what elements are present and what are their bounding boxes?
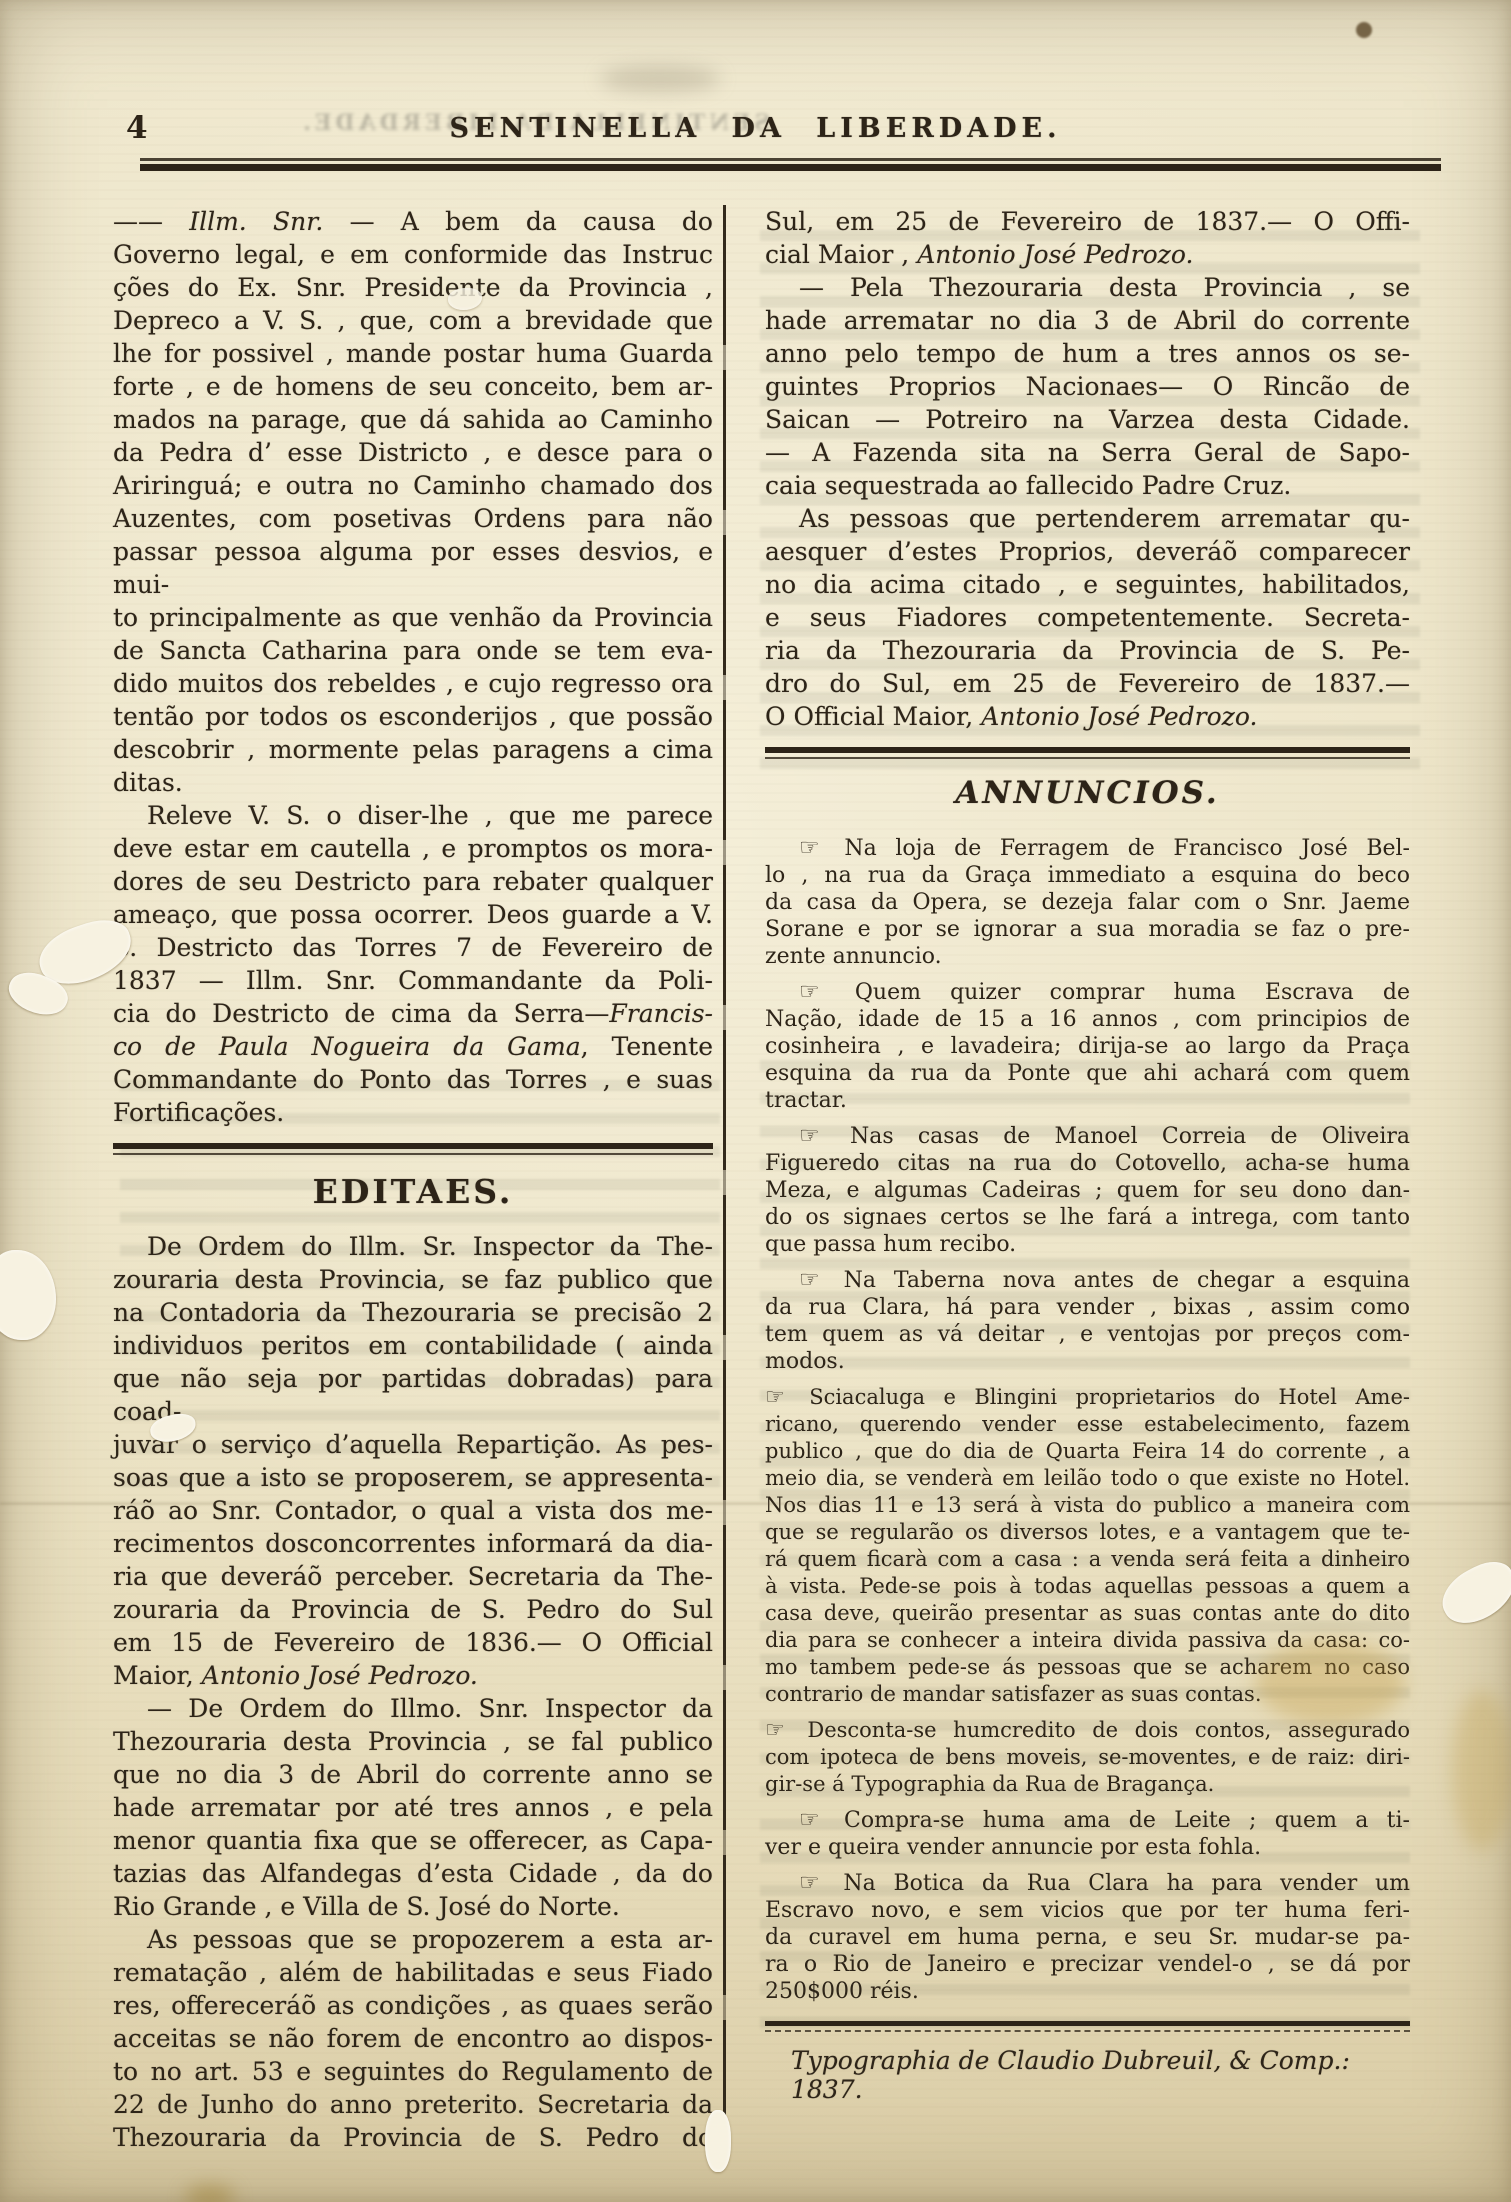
text-line: Nos dias 11 e 13 será à vista do publico… <box>765 1492 1410 1519</box>
text-line: menor quantia fixa que se offerecer, as … <box>113 1824 713 1857</box>
text-line: tazias das Alfandegas d’esta Cidade , da… <box>113 1857 713 1890</box>
paper-stain <box>1356 22 1372 38</box>
text-line: De Ordem do Illm. Sr. Inspector da The- <box>113 1230 713 1263</box>
text-line: Thezouraria da Provincia de S. Pedro do <box>113 2121 713 2154</box>
text-line: ráõ ao Snr. Contador, o qual a vista dos… <box>113 1494 713 1527</box>
text-line: to no art. 53 e seguintes do Regulamento… <box>113 2055 713 2088</box>
footer-rule-thin <box>765 2030 1410 2032</box>
text-line: ditas. <box>113 766 713 799</box>
masthead-title: SENTINELLA DA LIBERDADE. <box>0 113 1511 144</box>
text-line: Governo legal, e em conformide das Instr… <box>113 238 713 271</box>
edital-paragraph: — Pela Thezouraria desta Provincia , seh… <box>765 271 1410 502</box>
editaes-section-rule <box>113 1143 713 1155</box>
text-line: que se regularão os diversos lotes, e a … <box>765 1519 1410 1546</box>
paper-damage-spot <box>705 2110 731 2172</box>
text-line: S. Destricto das Torres 7 de Fevereiro d… <box>113 931 713 964</box>
manicule-icon: ☞ <box>799 979 826 1005</box>
text-line: Sul, em 25 de Fevereiro de 1837.— O Offi… <box>765 205 1410 238</box>
section-rule-thin <box>765 757 1410 759</box>
text-line: lhe for possivel , mande postar huma Gua… <box>113 337 713 370</box>
editaes-section: De Ordem do Illm. Sr. Inspector da The-z… <box>113 1230 713 2154</box>
text-line: Auzentes, com posetivas Ordens para não <box>113 502 713 535</box>
text-line: ra o Rio de Janeiro e precizar vendel-o … <box>765 1951 1410 1978</box>
text-line: caia sequestrada ao fallecido Padre Cruz… <box>765 469 1410 502</box>
text-line: gir-se á Typographia da Rua de Bragança. <box>765 1771 1410 1798</box>
announcement: ☞ Desconta-se humcredito de dois contos,… <box>765 1717 1410 1798</box>
manicule-icon: ☞ <box>765 1718 791 1743</box>
text-line: Meza, e algumas Cadeiras ; quem for seu … <box>765 1177 1410 1204</box>
printer-imprint: Typographia de Claudio Dubreuil, & Comp.… <box>765 2046 1410 2104</box>
text-line: 22 de Junho do anno preterito. Secretari… <box>113 2088 713 2121</box>
text-line: cia do Destricto de cima da Serra—Franci… <box>113 997 713 1030</box>
column-divider <box>723 205 726 2154</box>
text-line: dores de seu Destricto para rebater qual… <box>113 865 713 898</box>
paper-stain <box>1255 1640 1405 1725</box>
left-column: —— Illm. Snr. — A bem da causa doGoverno… <box>113 205 713 2154</box>
text-line: aesquer d’estes Proprios, deveráõ compar… <box>765 535 1410 568</box>
text-line: ☞ Quem quizer comprar huma Escrava de <box>765 979 1410 1006</box>
announcement: ☞ Na Taberna nova antes de chegar a esqu… <box>765 1267 1410 1375</box>
columns: —— Illm. Snr. — A bem da causa doGoverno… <box>0 205 1511 2154</box>
editaes-heading: EDITAES. <box>113 1175 713 1208</box>
text-line: zouraria desta Provincia, se faz publico… <box>113 1263 713 1296</box>
announcement: ☞ Quem quizer comprar huma Escrava deNaç… <box>765 979 1410 1114</box>
text-line: ver e queira vender annuncie por esta fo… <box>765 1834 1410 1861</box>
text-line: ☞ Sciacaluga e Blingini proprietarios do… <box>765 1384 1410 1411</box>
announcement: ☞ Na Botica da Rua Clara ha para vender … <box>765 1870 1410 2005</box>
text-line: passar pessoa alguma por esses desvios, … <box>113 535 713 601</box>
text-line: co de Paula Nogueira da Gama, Tenente <box>113 1030 713 1063</box>
manicule-icon: ☞ <box>799 1123 826 1149</box>
edital-paragraph: As pessoas que se propozerem a esta ar-r… <box>113 1923 713 2154</box>
text-line: modos. <box>765 1348 1410 1375</box>
header-rule-thin <box>140 158 1441 161</box>
manicule-icon: ☞ <box>799 1807 826 1833</box>
text-line: em 15 de Fevereiro de 1836.— O Official <box>113 1626 713 1659</box>
text-line: deve estar em cautella , e promptos os m… <box>113 832 713 865</box>
edital-paragraph: De Ordem do Illm. Sr. Inspector da The-z… <box>113 1230 713 1692</box>
manicule-icon: ☞ <box>765 1385 791 1410</box>
text-line: As pessoas que pertenderem arrematar qu- <box>765 502 1410 535</box>
text-line: acceitas se não forem de encontro ao dis… <box>113 2022 713 2055</box>
text-line: res, offereceráõ as condições , as quaes… <box>113 1989 713 2022</box>
text-line: tentão por todos os esconderijos , que p… <box>113 700 713 733</box>
text-line: As pessoas que se propozerem a esta ar- <box>113 1923 713 1956</box>
text-line: juvar o serviço d’aquella Repartição. As… <box>113 1428 713 1461</box>
footer-rule <box>765 2021 1410 2032</box>
page-header: 4 SENTINELLA DA LIBERDADE. <box>0 0 1511 160</box>
text-line: Saican — Potreiro na Varzea desta Cidade… <box>765 403 1410 436</box>
text-line: descobrir , mormente pelas paragens a ci… <box>113 733 713 766</box>
text-line: cial Maior , Antonio José Pedrozo. <box>765 238 1410 271</box>
text-line: Depreco a V. S. , que, com a brevidade q… <box>113 304 713 337</box>
annuncios-section-rule <box>765 747 1410 759</box>
header-rule <box>140 158 1441 171</box>
text-line: Nação, idade de 15 a 16 annos , com prin… <box>765 1006 1410 1033</box>
text-line: to principalmente as que venhão da Provi… <box>113 601 713 634</box>
text-line: Commandante do Ponto das Torres , e suas <box>113 1063 713 1096</box>
text-line: Figueredo citas na rua do Cotovello, ach… <box>765 1150 1410 1177</box>
text-line: publico , que do dia de Quarta Feira 14 … <box>765 1438 1410 1465</box>
announcement: ☞ Compra-se huma ama de Leite ; quem a t… <box>765 1807 1410 1861</box>
text-line: ☞ Na Taberna nova antes de chegar a esqu… <box>765 1267 1410 1294</box>
text-line: casa deve, queirão presentar as suas con… <box>765 1600 1410 1627</box>
annuncios-section: ☞ Na loja de Ferragem de Francisco José … <box>765 835 1410 2005</box>
text-line: Rio Grande , e Villa de S. José do Norte… <box>113 1890 713 1923</box>
section-rule-thick <box>765 747 1410 753</box>
text-line: Sorane e por se ignorar a sua moradia se… <box>765 916 1410 943</box>
text-line: guintes Proprios Nacionaes— O Rincão de <box>765 370 1410 403</box>
text-line: da casa da Opera, se dezeja falar com o … <box>765 889 1410 916</box>
text-line: ☞ Na loja de Ferragem de Francisco José … <box>765 835 1410 862</box>
text-line: meio dia, se venderà em leilão todo o qu… <box>765 1465 1410 1492</box>
text-line: Escravo novo, e sem vicios que por ter h… <box>765 1897 1410 1924</box>
text-line: dro do Sul, em 25 de Fevereiro de 1837.— <box>765 667 1410 700</box>
text-line: Maior, Antonio José Pedrozo. <box>113 1659 713 1692</box>
text-line: Fortificações. <box>113 1096 713 1129</box>
text-line: rematação , além de habilitadas e seus F… <box>113 1956 713 1989</box>
official-letter-section: —— Illm. Snr. — A bem da causa doGoverno… <box>113 205 713 1129</box>
text-line: hade arrematar no dia 3 de Abril do corr… <box>765 304 1410 337</box>
text-line: zouraria da Provincia de S. Pedro do Sul <box>113 1593 713 1626</box>
text-line: anno pelo tempo de hum a tres annos os s… <box>765 337 1410 370</box>
text-line: ☞ Nas casas de Manoel Correia de Oliveir… <box>765 1123 1410 1150</box>
text-line: Ariringuá; e outra no Caminho chamado do… <box>113 469 713 502</box>
text-line: — Pela Thezouraria desta Provincia , se <box>765 271 1410 304</box>
text-line: ameaço, que possa ocorrer. Deos guarde a… <box>113 898 713 931</box>
text-line: com ipoteca de bens moveis, se-moventes,… <box>765 1744 1410 1771</box>
text-line: cosinheira , e lavadeira; dirija-se ao l… <box>765 1033 1410 1060</box>
manicule-icon: ☞ <box>799 835 826 861</box>
text-line: tractar. <box>765 1087 1410 1114</box>
text-line: forte , e de homens de seu conceito, bem… <box>113 370 713 403</box>
text-line: ☞ Na Botica da Rua Clara ha para vender … <box>765 1870 1410 1897</box>
paper-stain <box>600 66 720 92</box>
letter-paragraph: Releve V. S. o diser-lhe , que me parece… <box>113 799 713 1129</box>
text-line: — De Ordem do Illmo. Snr. Inspector da <box>113 1692 713 1725</box>
text-line: dido muitos dos rebeldes , e cujo regres… <box>113 667 713 700</box>
text-line: ria da Thezouraria da Provincia de S. Pe… <box>765 634 1410 667</box>
text-line: 250$000 réis. <box>765 1978 1410 2005</box>
right-column: Sul, em 25 de Fevereiro de 1837.— O Offi… <box>765 205 1410 2154</box>
text-line: que no dia 3 de Abril do corrente anno s… <box>113 1758 713 1791</box>
text-line: tem quem as vá deitar , e ventojas por p… <box>765 1321 1410 1348</box>
text-line: ria que deveráõ perceber. Secretaria da … <box>113 1560 713 1593</box>
text-line: que não seja por partidas dobradas) para… <box>113 1362 713 1428</box>
edital-paragraph: As pessoas que pertenderem arrematar qu-… <box>765 502 1410 733</box>
text-line: ções do Ex. Snr. Presidente da Provincia… <box>113 271 713 304</box>
text-line: lo , na rua da Graça immediato a esquina… <box>765 862 1410 889</box>
manicule-icon: ☞ <box>799 1870 826 1896</box>
section-rule-thin <box>113 1153 713 1155</box>
text-line: Thezouraria desta Provincia , se fal pub… <box>113 1725 713 1758</box>
text-line: de Sancta Catharina para onde se tem eva… <box>113 634 713 667</box>
paper-stain <box>185 2185 235 2202</box>
annuncios-heading: ANNUNCIOS. <box>765 775 1410 811</box>
text-line: ricano, querendo vender esse estabelecim… <box>765 1411 1410 1438</box>
announcement: ☞ Nas casas de Manoel Correia de Oliveir… <box>765 1123 1410 1258</box>
footer-rule-thick <box>765 2021 1410 2026</box>
paper-fold-line <box>0 1502 1511 1505</box>
text-line: da curavel em huma perna, e seu Sr. muda… <box>765 1924 1410 1951</box>
text-line: da Pedra d’ esse Districto , e desce par… <box>113 436 713 469</box>
text-line: 1837 — Illm. Snr. Commandante da Poli- <box>113 964 713 997</box>
section-rule-thick <box>113 1143 713 1149</box>
text-line: e seus Fiadores competentemente. Secreta… <box>765 601 1410 634</box>
announcement: ☞ Na loja de Ferragem de Francisco José … <box>765 835 1410 970</box>
text-line: soas que a isto se proposerem, se appres… <box>113 1461 713 1494</box>
text-line: esquina da rua da Ponte que ahi achará c… <box>765 1060 1410 1087</box>
text-line: à vista. Pede-se pois à todas aquellas p… <box>765 1573 1410 1600</box>
text-line: da rua Clara, há para vender , bixas , a… <box>765 1294 1410 1321</box>
text-line: recimentos dosconcorrentes informará da … <box>113 1527 713 1560</box>
edital-paragraph: — De Ordem do Illmo. Snr. Inspector daTh… <box>113 1692 713 1923</box>
header-rule-thick <box>140 164 1441 171</box>
manicule-icon: ☞ <box>799 1267 826 1293</box>
text-line: mados na parage, que dá sahida ao Caminh… <box>113 403 713 436</box>
text-line: do os signaes certos se lhe fará a intre… <box>765 1204 1410 1231</box>
text-line: hade arrematar por até tres annos , e pe… <box>113 1791 713 1824</box>
editaes-continuation-section: Sul, em 25 de Fevereiro de 1837.— O Offi… <box>765 205 1410 733</box>
text-line: —— Illm. Snr. — A bem da causa do <box>113 205 713 238</box>
text-line: — A Fazenda sita na Serra Geral de Sapo- <box>765 436 1410 469</box>
text-line: individuos peritos em contabilidade ( ai… <box>113 1329 713 1362</box>
text-line: na Contadoria da Thezouraria se precisão… <box>113 1296 713 1329</box>
text-line: Releve V. S. o diser-lhe , que me parece <box>113 799 713 832</box>
text-line: zente annuncio. <box>765 943 1410 970</box>
text-line: ☞ Compra-se huma ama de Leite ; quem a t… <box>765 1807 1410 1834</box>
paper-stain <box>1452 1690 1511 1850</box>
edital-paragraph: Sul, em 25 de Fevereiro de 1837.— O Offi… <box>765 205 1410 271</box>
newspaper-page: SENTINELLA DA LIBERDADE. 4 SENTINELLA DA… <box>0 0 1511 2202</box>
text-line: rá quem ficarà com a casa : a venda será… <box>765 1546 1410 1573</box>
text-line: que passa hum recibo. <box>765 1231 1410 1258</box>
letter-paragraph: —— Illm. Snr. — A bem da causa doGoverno… <box>113 205 713 799</box>
text-line: O Official Maior, Antonio José Pedrozo. <box>765 700 1410 733</box>
text-line: no dia acima citado , e seguintes, habil… <box>765 568 1410 601</box>
